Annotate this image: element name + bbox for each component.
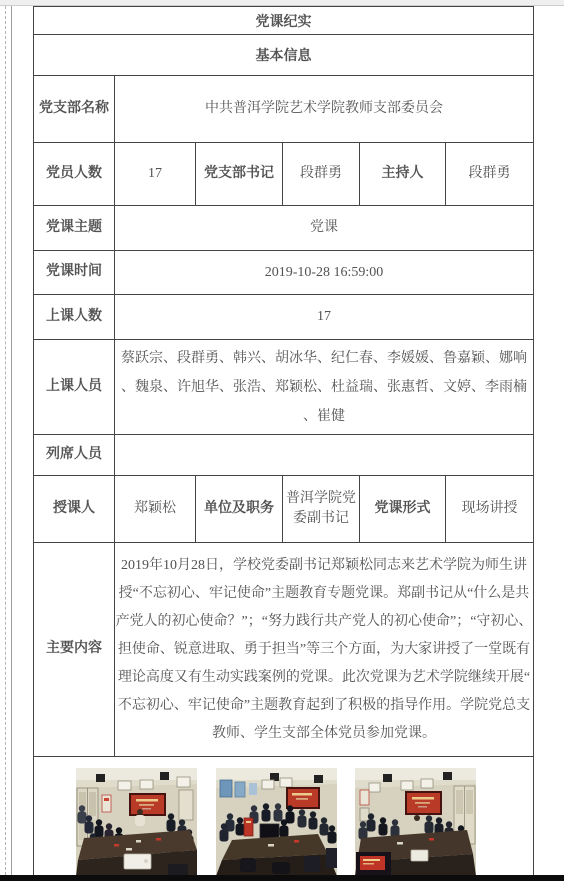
document-title: 党课纪实 [34, 7, 534, 35]
member-count-value: 17 [115, 143, 196, 206]
host-value: 段群勇 [446, 143, 534, 206]
laptop-white [411, 850, 428, 861]
main-content-label: 主要内容 [34, 543, 115, 757]
laptop-red-screen [356, 852, 391, 876]
viewer-top-edge [0, 0, 564, 6]
monitor [260, 824, 279, 838]
speaker-icon [96, 774, 105, 782]
lecture-form-label: 党课形式 [360, 476, 446, 543]
red-sign [244, 818, 253, 836]
attendee-count-label: 上课人数 [34, 295, 115, 340]
lecture-form-value: 现场讲授 [446, 476, 534, 543]
time-label: 党课时间 [34, 251, 115, 295]
meeting-photo-2 [216, 768, 337, 876]
observers-value [115, 435, 534, 476]
meeting-photo-3 [355, 768, 476, 876]
section-header-basic-info: 基本信息 [34, 35, 534, 76]
secretary-value: 段群勇 [283, 143, 360, 206]
party-lecture-record-table: 党课纪实 基本信息 党支部名称 中共普洱学院艺术学院教师支部委员会 党员人数 1… [33, 6, 534, 881]
topic-value: 党课 [115, 206, 534, 251]
host-label: 主持人 [360, 143, 446, 206]
meeting-photo-1 [76, 768, 197, 876]
attendees-label: 上课人员 [34, 340, 115, 435]
time-value: 2019-10-28 16:59:00 [115, 251, 534, 295]
projector-screen [129, 793, 166, 816]
topic-label: 党课主题 [34, 206, 115, 251]
projector-screen [405, 791, 442, 815]
photos-row [34, 757, 534, 881]
page-margin-line [11, 6, 12, 875]
lecturer-value: 郑颖松 [115, 476, 196, 543]
branch-name-value: 中共普洱学院艺术学院教师支部委员会 [115, 76, 534, 143]
branch-name-label: 党支部名称 [34, 76, 115, 143]
page-margin-dashed-line [5, 6, 6, 875]
attendee-count-value: 17 [115, 295, 534, 340]
unit-position-value: 普洱学院党委副书记 [283, 476, 360, 543]
observers-label: 列席人员 [34, 435, 115, 476]
secretary-label: 党支部书记 [196, 143, 283, 206]
member-count-label: 党员人数 [34, 143, 115, 206]
main-content-value: 2019年10月28日，学校党委副书记郑颖松同志来艺术学院为师生讲授“不忘初心、… [115, 543, 534, 757]
viewer-bottom-edge [0, 875, 564, 881]
attendees-value: 蔡跃宗、段群勇、韩兴、胡冰华、纪仁春、李媛媛、鲁嘉颖、娜响、魏泉、许旭华、张浩、… [115, 340, 534, 435]
unit-position-label: 单位及职务 [196, 476, 283, 543]
lecturer-label: 授课人 [34, 476, 115, 543]
